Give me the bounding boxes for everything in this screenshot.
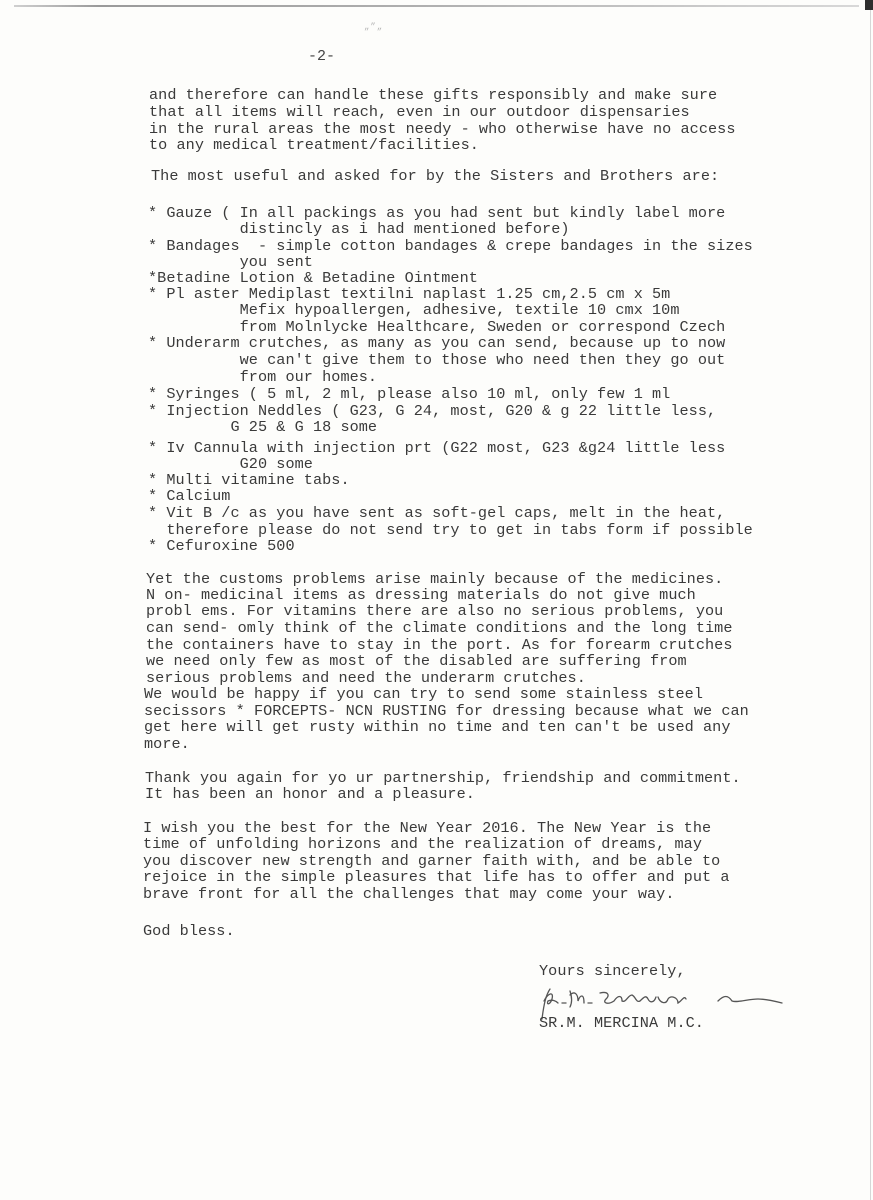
text-line: * Iv Cannula with injection prt (G22 mos… [148,440,725,456]
text-line: the containers have to stay in the port.… [146,637,733,653]
text-line: G20 some [148,456,313,472]
text-line: that all items will reach, even in our o… [149,104,690,120]
text-line: * Vit B /c as you have sent as soft-gel … [148,505,725,521]
text-line: * Injection Neddles ( G23, G 24, most, G… [148,403,716,419]
text-line: *Betadine Lotion & Betadine Ointment [148,270,478,286]
text-line: get here will get rusty within no time a… [144,719,731,735]
signatory-name: SR.M. MERCINA M.C. [539,1015,704,1031]
blessing: God bless. [143,923,235,939]
text-line: probl ems. For vitamins there are also n… [146,603,723,619]
text-line: you sent [148,254,313,270]
text-line: * Pl aster Mediplast textilni naplast 1.… [148,286,670,302]
text-line: and therefore can handle these gifts res… [149,87,717,103]
scan-top-edge [14,5,859,7]
text-line: distincly as i had mentioned before) [148,221,570,237]
text-line: serious problems and need the underarm c… [146,670,586,686]
text-line: * Calcium [148,488,230,504]
text-line: * Underarm crutches, as many as you can … [148,335,725,351]
text-line: It has been an honor and a pleasure. [145,786,475,802]
text-line: to any medical treatment/facilities. [149,137,479,153]
text-line: can send- omly think of the climate cond… [146,620,733,636]
text-line: G 25 & G 18 some [148,419,377,435]
text-line: * Multi vitamine tabs. [148,472,350,488]
text-line: from Molnlycke Healthcare, Sweden or cor… [148,319,725,335]
text-line: Yet the customs problems arise mainly be… [146,571,723,587]
text-line: from our homes. [148,369,377,385]
text-line: time of unfolding horizons and the reali… [143,836,702,852]
text-line: I wish you the best for the New Year 201… [143,820,711,836]
salutation: Yours sincerely, [539,963,686,979]
text-line: * Cefuroxine 500 [148,538,295,554]
text-line: Mefix hypoallergen, adhesive, textile 10… [148,302,680,318]
text-line: Thank you again for yo ur partnership, f… [145,770,741,786]
page-number: -2- [308,48,335,65]
text-line: therefore please do not send try to get … [148,522,753,538]
text-line: * Bandages - simple cotton bandages & cr… [148,238,753,254]
text-line: in the rural areas the most needy - who … [149,121,736,137]
list-heading: The most useful and asked for by the Sis… [151,168,719,184]
text-line: rejoice in the simple pleasures that lif… [143,869,730,885]
text-line: secissors * FORCEPTS- NCN RUSTING for dr… [144,703,749,719]
text-line: more. [144,736,190,752]
text-line: we need only few as most of the disabled… [146,653,687,669]
text-line: N on- medicinal items as dressing materi… [146,587,696,603]
text-line: * Gauze ( In all packings as you had sen… [148,205,725,221]
text-line: you discover new strength and garner fai… [143,853,720,869]
scan-right-edge [870,10,871,1200]
text-line: * Syringes ( 5 ml, 2 ml, please also 10 … [148,386,670,402]
scan-corner-mark [865,0,873,10]
top-mark: „”„ [364,22,383,32]
text-line: We would be happy if you can try to send… [144,686,703,702]
text-line: brave front for all the challenges that … [143,886,675,902]
text-line: we can't give them to those who need the… [148,352,725,368]
